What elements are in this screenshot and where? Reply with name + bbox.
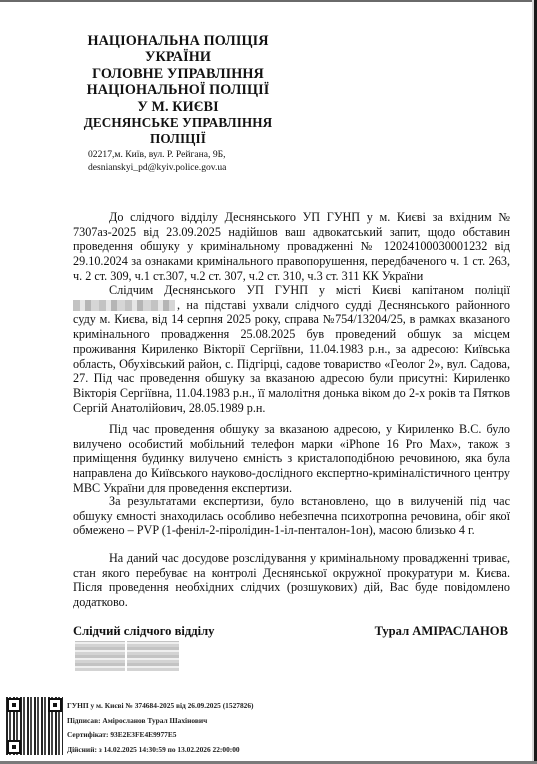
stamp-signed-by: Підписав: Аміросланов Турал Шахінович bbox=[67, 714, 327, 729]
paragraph-text: Слідчим Деснянського УП ГУНП у місті Киє… bbox=[73, 283, 510, 415]
email-address: desnianskyi_pd@kyiv.police.gov.ua bbox=[88, 161, 288, 174]
redacted-block bbox=[75, 641, 125, 671]
letterhead-line: НАЦІОНАЛЬНА ПОЛІЦІЯ bbox=[62, 33, 294, 49]
signatory-name: Турал АМІРАСЛАНОВ bbox=[375, 624, 508, 639]
qr-finder-pattern bbox=[7, 740, 21, 754]
paragraph-seizure: Під час проведення обшуку за вказаною ад… bbox=[73, 422, 510, 496]
qr-finder-pattern bbox=[7, 698, 21, 712]
paragraph-text: До слідчого відділу Деснянського УП ГУНП… bbox=[73, 210, 510, 284]
letterhead-line: УКРАЇНИ bbox=[62, 49, 294, 65]
qr-code-icon bbox=[6, 697, 63, 755]
signatory-position: Слідчий слідчого відділу bbox=[73, 624, 214, 639]
paragraph-text: Під час проведення обшуку за вказаною ад… bbox=[73, 422, 510, 496]
letterhead-line: НАЦІОНАЛЬНОЇ ПОЛІЦІЇ bbox=[62, 82, 294, 98]
stamp-registration: ГУНП у м. Києві № 374684-2025 від 26.09.… bbox=[67, 699, 327, 714]
paragraph-expertise: За результатами експертизи, було встанов… bbox=[73, 494, 510, 538]
paragraph-text: На даний час досудове розслідування у кр… bbox=[73, 551, 510, 610]
paragraph-status: На даний час досудове розслідування у кр… bbox=[73, 551, 510, 610]
qr-finder-pattern bbox=[48, 698, 62, 712]
letterhead-line: ДЕСНЯНСЬКЕ УПРАВЛІННЯ bbox=[62, 115, 294, 131]
paragraph-text-after: , на підставі ухвали слідчого судді Десн… bbox=[73, 298, 510, 415]
paragraph-request: До слідчого відділу Деснянського УП ГУНП… bbox=[73, 210, 510, 284]
redacted-investigator-name bbox=[73, 300, 175, 311]
letterhead-address: 02217,м. Київ, вул. Р. Рейгана, 9Б, desn… bbox=[88, 148, 288, 174]
letterhead-line: У М. КИЄВІ bbox=[62, 99, 294, 115]
letterhead-line: ГОЛОВНЕ УПРАВЛІННЯ bbox=[62, 66, 294, 82]
postal-address: 02217,м. Київ, вул. Р. Рейгана, 9Б, bbox=[88, 148, 288, 161]
letterhead: НАЦІОНАЛЬНА ПОЛІЦІЯ УКРАЇНИ ГОЛОВНЕ УПРА… bbox=[62, 33, 294, 148]
stamp-validity: Дійсний: з 14.02.2025 14:30:59 по 13.02.… bbox=[67, 743, 327, 758]
stamp-certificate: Сертифікат: 93E2E3FE4E9977E5 bbox=[67, 728, 327, 743]
redacted-block bbox=[127, 641, 179, 671]
paragraph-text-before: Слідчим Деснянського УП ГУНП у місті Киє… bbox=[109, 283, 510, 297]
page-top-edge bbox=[0, 0, 537, 2]
letterhead-line: ПОЛІЦІЇ bbox=[62, 131, 294, 147]
paragraph-search: Слідчим Деснянського УП ГУНП у місті Киє… bbox=[73, 283, 510, 415]
electronic-signature-stamp: ГУНП у м. Києві № 374684-2025 від 26.09.… bbox=[67, 699, 327, 757]
paragraph-text: За результатами експертизи, було встанов… bbox=[73, 494, 510, 538]
